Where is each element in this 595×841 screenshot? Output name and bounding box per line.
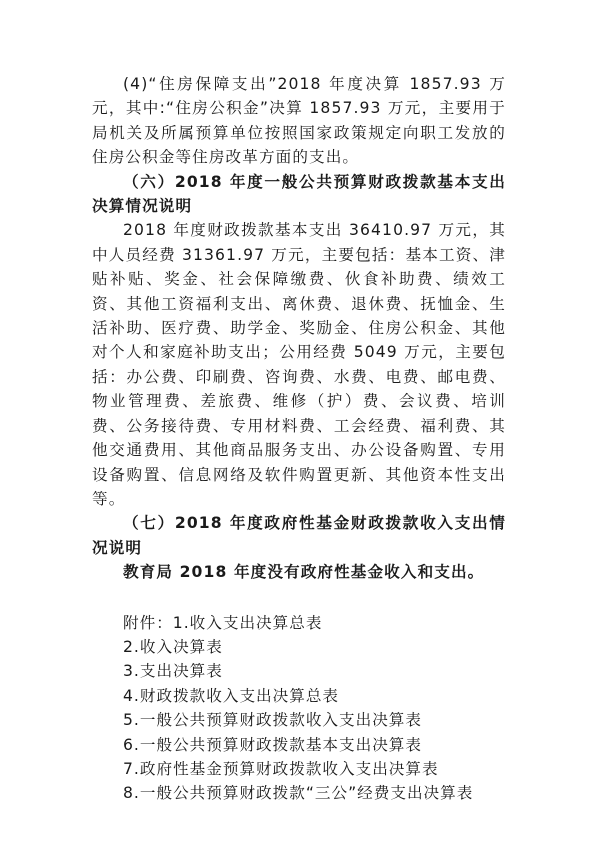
- attachment-item: 附件：1.收入支出决算总表: [92, 611, 506, 635]
- section-7-heading: （七）2018 年度政府性基金财政拨款收入支出情况说明: [92, 511, 506, 560]
- basic-expenditure-paragraph: 2018 年度财政拨款基本支出 36410.97 万元，其中人员经费 31361…: [92, 218, 506, 511]
- section-6-heading: （六）2018 年度一般公共预算财政拨款基本支出决算情况说明: [92, 170, 506, 219]
- attachment-item: 2.收入决算表: [92, 635, 506, 659]
- spacer: [92, 585, 506, 611]
- document-page: (4)“住房保障支出”2018 年度决算 1857.93 万元，其中:“住房公积…: [92, 72, 506, 806]
- housing-expenditure-paragraph: (4)“住房保障支出”2018 年度决算 1857.93 万元，其中:“住房公积…: [92, 72, 506, 170]
- attachment-item: 4.财政拨款收入支出决算总表: [92, 684, 506, 708]
- attachment-item: 6.一般公共预算财政拨款基本支出决算表: [92, 733, 506, 757]
- attachments-list: 附件：1.收入支出决算总表 2.收入决算表 3.支出决算表 4.财政拨款收入支出…: [92, 611, 506, 806]
- attachment-item: 7.政府性基金预算财政拨款收入支出决算表: [92, 757, 506, 781]
- attachment-item: 3.支出决算表: [92, 659, 506, 683]
- attachment-item: 5.一般公共预算财政拨款收入支出决算表: [92, 708, 506, 732]
- government-fund-paragraph: 教育局 2018 年度没有政府性基金收入和支出。: [92, 560, 506, 584]
- attachment-item: 8.一般公共预算财政拨款“三公”经费支出决算表: [92, 781, 506, 805]
